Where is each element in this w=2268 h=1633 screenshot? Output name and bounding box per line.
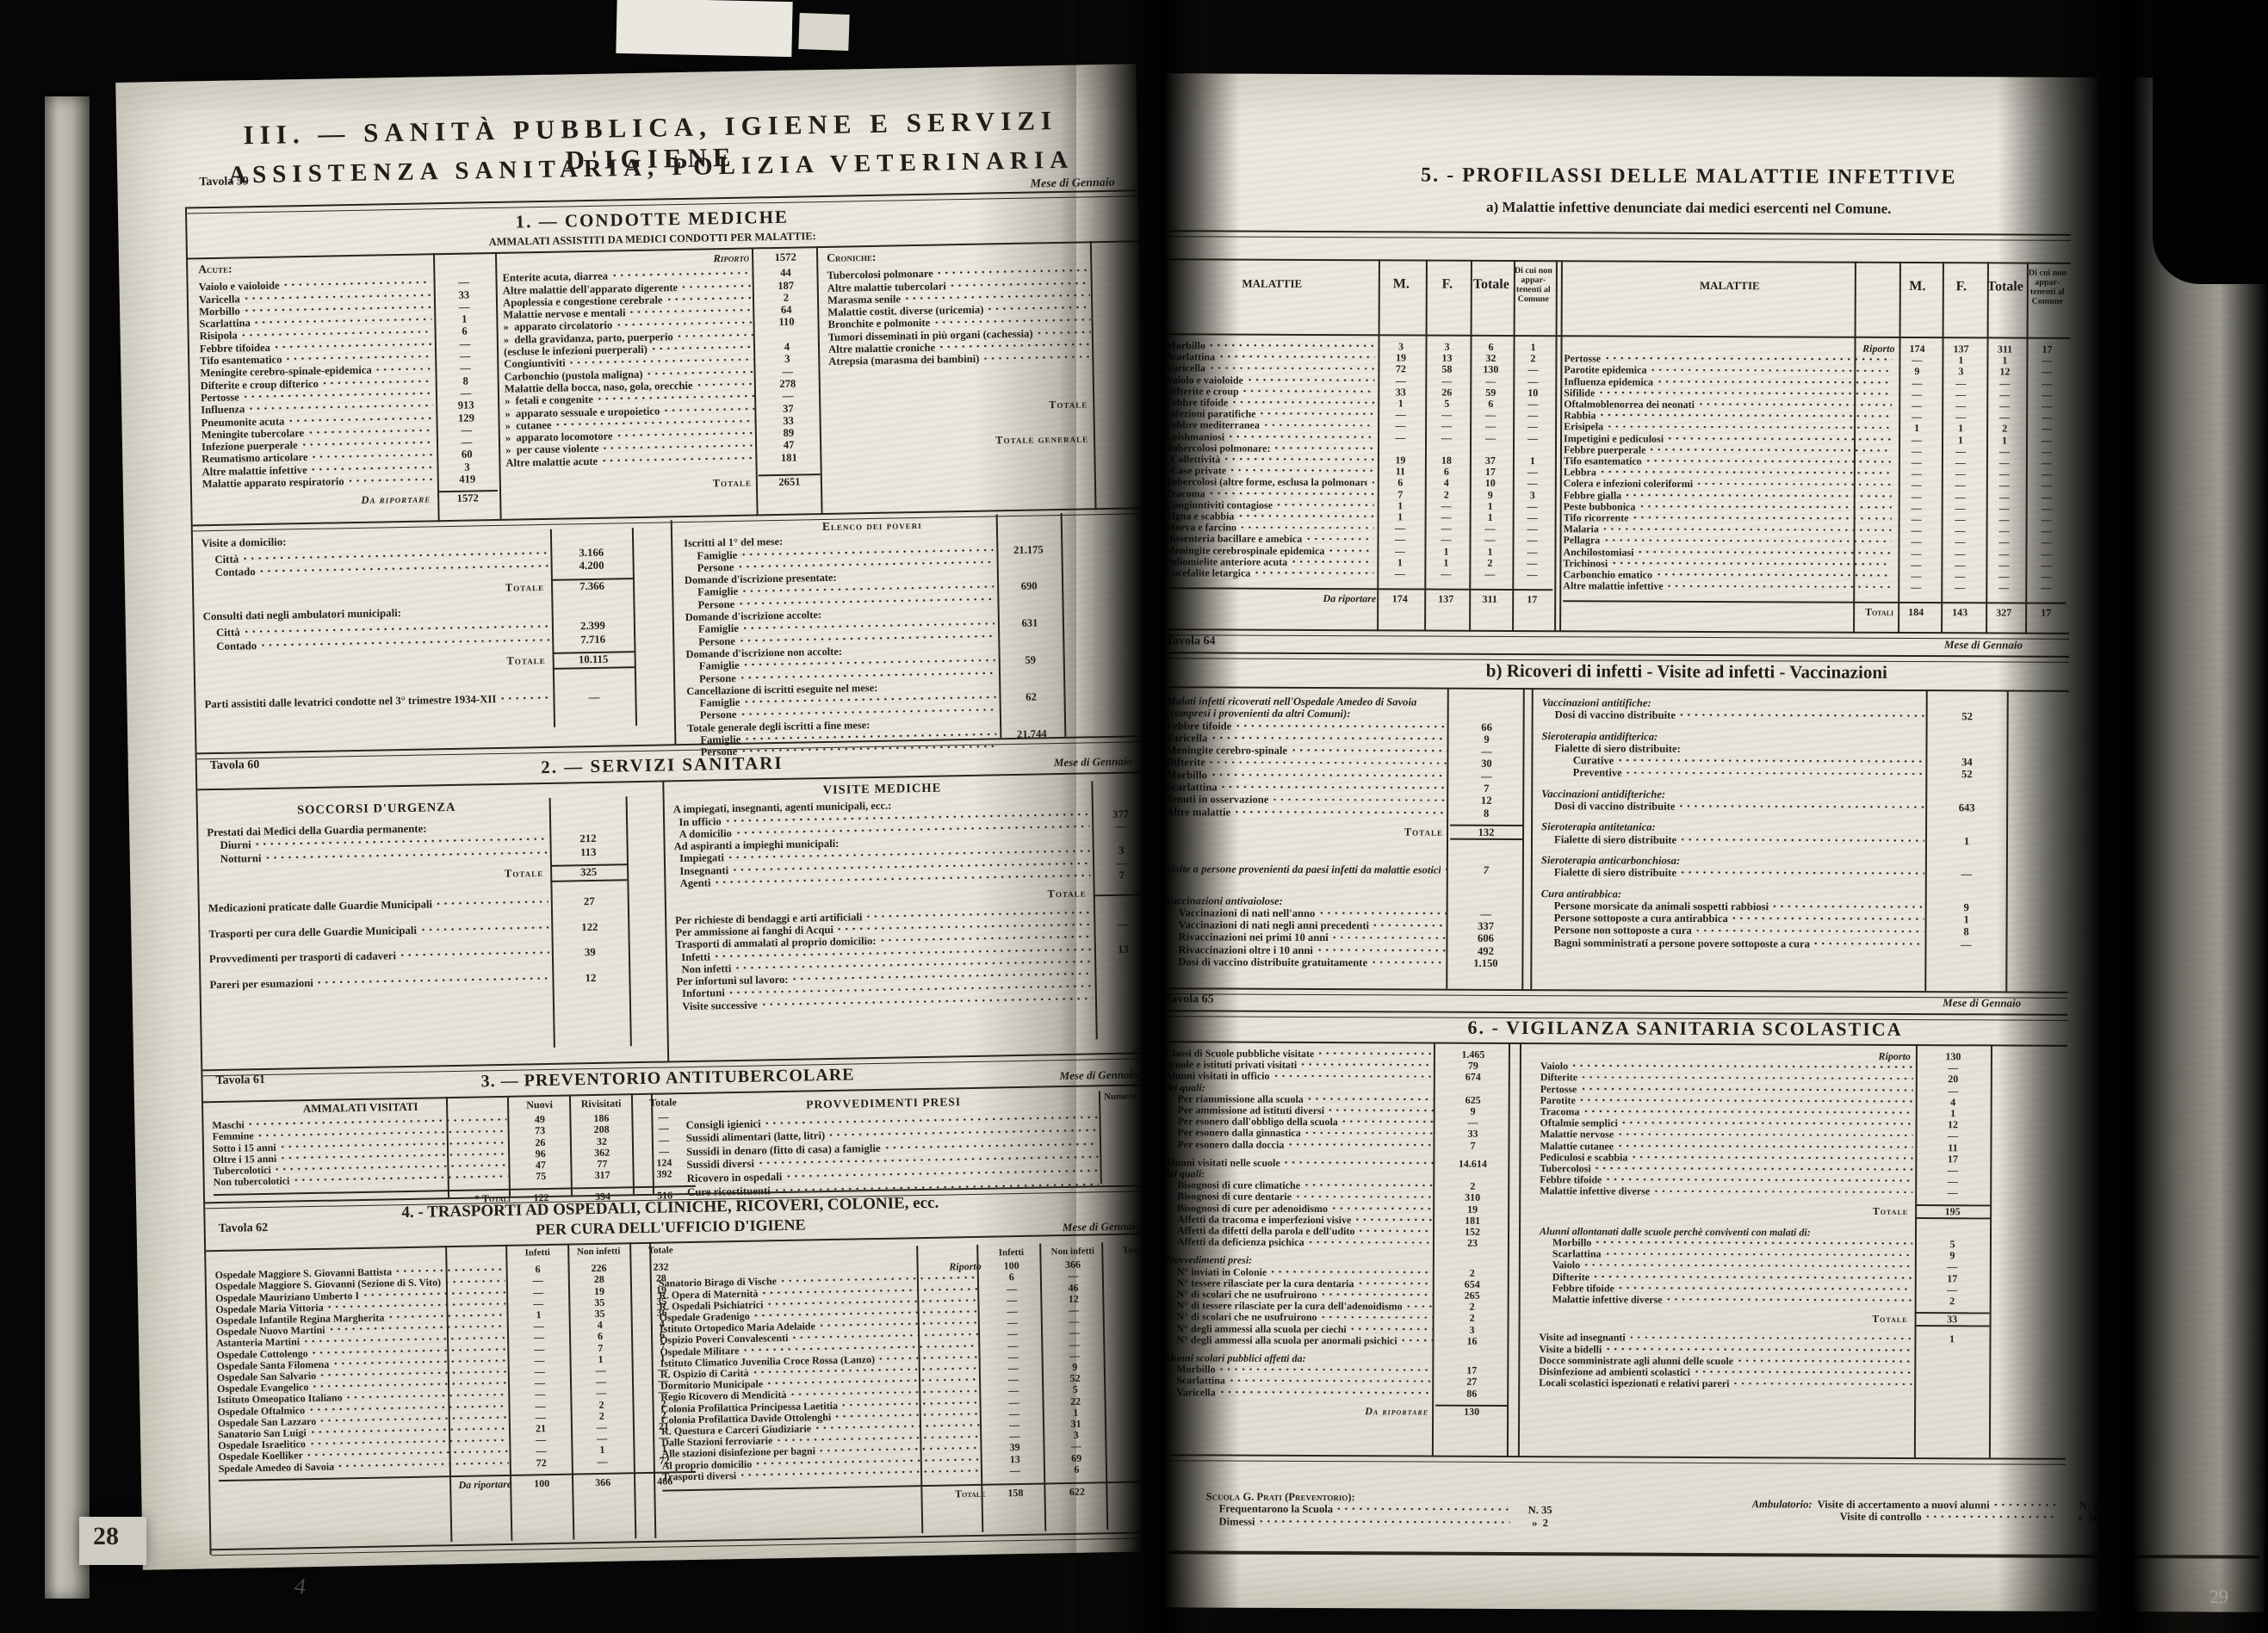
cell-f: 3 xyxy=(1939,367,1982,378)
dot-leader xyxy=(327,1322,505,1333)
dot-leader xyxy=(628,306,753,317)
table-row: Dosi di vaccino distribuite643 xyxy=(1541,800,2006,814)
row-label: Medicazioni praticate dalle Guardie Muni… xyxy=(208,898,432,915)
dot-leader xyxy=(1693,1367,1912,1376)
cell-f: — xyxy=(1939,378,1982,389)
row-value: 337 xyxy=(1450,920,1522,933)
row-label: Malattie nervose xyxy=(1540,1129,1614,1141)
row-label: Altre malattie infettive xyxy=(1563,581,1663,593)
dot-leader xyxy=(316,973,550,986)
row-label: Famiglie xyxy=(685,622,739,635)
dot-leader xyxy=(1571,1061,1913,1071)
table-row: Visite di controllo » 565 xyxy=(1752,1511,2122,1525)
mese-label: Mese di Gennaio xyxy=(1885,638,2023,653)
dot-leader xyxy=(877,1352,981,1363)
dot-leader xyxy=(1271,795,1447,804)
row-label: Congiuntiviti xyxy=(504,357,566,371)
row-label: Varicella xyxy=(1166,732,1207,745)
row-label: In ufficio xyxy=(673,815,722,828)
row-label: Insegnanti xyxy=(674,864,728,877)
row-value: 187 xyxy=(755,279,817,293)
row-label: Varicella xyxy=(1163,1387,1216,1398)
row-value: 7.716 xyxy=(552,633,634,647)
row-label: Visite ad insegnanti xyxy=(1539,1333,1625,1345)
dot-leader xyxy=(1400,1336,1434,1345)
dot-leader xyxy=(1597,388,1892,398)
row-label: Varicella xyxy=(199,293,240,306)
row-value: 674 xyxy=(1437,1072,1509,1084)
cell-dicui: — xyxy=(1511,569,1552,580)
dot-leader xyxy=(1732,1379,1912,1389)
group-header: Alunni allontanati dalle scuole perchè c… xyxy=(1540,1226,1901,1239)
row-label: Provvedimenti per trasporti di cadaveri xyxy=(209,949,396,967)
dot-leader xyxy=(1294,1192,1434,1201)
table-row: Meningite cerebro-spinale — xyxy=(1166,744,1522,758)
dot-leader xyxy=(399,948,549,959)
dot-leader xyxy=(1599,467,1892,477)
dot-leader xyxy=(1616,1129,1912,1139)
dot-leader xyxy=(1223,455,1374,463)
row-value: — xyxy=(435,349,495,363)
row-value xyxy=(1094,915,1151,916)
dot-leader xyxy=(1208,758,1448,767)
dot-leader xyxy=(282,278,431,289)
cell-infetti: — xyxy=(985,1464,1045,1476)
dot-leader xyxy=(1652,1187,1912,1197)
ricoveri-infetti-block: Malati infetti ricoverati nell'Ospedale … xyxy=(1165,695,1522,969)
row-value: 377 xyxy=(1092,807,1149,821)
table-row: Bagni somministrati a persone povere sot… xyxy=(1540,937,2005,951)
dot-leader xyxy=(601,441,755,452)
dot-leader xyxy=(387,1310,505,1321)
cell-totale: — xyxy=(1981,583,2026,594)
dot-leader xyxy=(814,1420,982,1432)
row-label: Tracoma xyxy=(1540,1106,1580,1117)
row-label: Anchilostomiasi xyxy=(1563,547,1633,559)
soccorsi-title: SOCCORSI D'URGENZA xyxy=(207,800,547,820)
row-label: Rivaccinazioni nei primi 10 anni xyxy=(1165,931,1328,944)
mese-label: Mese di Gennaio xyxy=(1059,1067,1137,1083)
row-label: Agenti xyxy=(674,877,710,890)
row-value xyxy=(1094,360,1141,361)
dot-leader xyxy=(319,1367,507,1379)
hand-mark: 4 xyxy=(293,1573,307,1600)
row-label: Febbre tifoide xyxy=(1540,1174,1602,1186)
row-label: Influenza xyxy=(201,404,245,417)
row-label: Sussidi diversi xyxy=(686,1158,754,1172)
scuola-prati-block: Scuola G. Prati (Preventorio): Frequenta… xyxy=(1206,1490,1568,1529)
row-label: Peste bubbonica xyxy=(1564,501,1636,513)
cell-f: — xyxy=(1939,480,1982,492)
dot-leader xyxy=(1370,957,1447,966)
row-value: 690 xyxy=(996,579,1062,593)
condotte-acute-column: Acute: Vaiolo e vaioloide — Varicella 33 xyxy=(198,258,498,510)
row-label: Malattie infettive diverse xyxy=(1540,1294,1663,1306)
row-label: N° di tessere rilasciate per la cura del… xyxy=(1164,1301,1403,1313)
row-label: Non infetti xyxy=(676,962,731,975)
cell-dicui: — xyxy=(2027,492,2067,503)
row-value: 60 xyxy=(437,448,497,461)
section-6-heading: 6. - VIGILANZA SANITARIA SCOLASTICA xyxy=(1272,1016,2098,1042)
row-label: Per esonero dalla ginnastica xyxy=(1164,1128,1300,1140)
row-value: — xyxy=(756,365,818,379)
cell-m: — xyxy=(1894,378,1939,389)
dot-leader xyxy=(1771,901,1924,911)
row-value: 37 xyxy=(757,402,819,416)
dot-leader xyxy=(1655,570,1891,579)
row-label: Scarlattina xyxy=(1540,1248,1602,1260)
dot-leader xyxy=(1583,1260,1912,1270)
col-header-f: F. xyxy=(1425,277,1470,293)
row-value: — xyxy=(1915,1187,1990,1199)
row-value: 1 xyxy=(1914,1334,1989,1346)
microfilm-scan: 28 4 29 III. — SANITÀ PUBBLICA, IGIENE E… xyxy=(0,0,2268,1633)
totale-row: Totale xyxy=(829,397,1142,415)
cell-non-infetti: — xyxy=(572,1456,634,1469)
row-value xyxy=(1093,286,1140,287)
dot-leader xyxy=(332,1356,506,1367)
cell-f: — xyxy=(1424,421,1469,432)
dot-leader xyxy=(790,1330,980,1342)
row-label: Erisipela xyxy=(1564,422,1603,433)
dot-leader xyxy=(1208,341,1375,349)
dot-leader xyxy=(1731,913,1924,923)
row-label: N° inviati in Colonie xyxy=(1164,1266,1267,1278)
row-label: Pertosse xyxy=(1540,1084,1577,1095)
cell-m: 9 xyxy=(1894,366,1939,377)
col-header-dicui: Di cui non appar­tenenti al Comune xyxy=(2028,269,2067,306)
row-value: 16 xyxy=(1435,1335,1508,1347)
dot-leader xyxy=(1306,1094,1435,1103)
row-label: Famiglie xyxy=(686,696,740,709)
dot-leader xyxy=(1253,568,1373,577)
condotte-croniche-column: Croniche: Tubercolosi polmonare Altre ma… xyxy=(827,246,1143,449)
row-label: Bisognosi di cure climatiche xyxy=(1164,1179,1300,1191)
row-label: Sotto i 15 anni xyxy=(213,1141,276,1154)
row-label: Famiglie xyxy=(685,585,738,598)
cell-m: — xyxy=(1376,568,1423,579)
col-header: Infetti xyxy=(981,1247,1041,1259)
cell-f: — xyxy=(1939,492,1982,503)
cell-dicui: — xyxy=(2026,548,2066,560)
row-value: 492 xyxy=(1449,944,1521,957)
row-label: Tifo esantematico xyxy=(1564,455,1642,467)
cell-dicui: — xyxy=(1512,421,1553,432)
row-label: Vaiolo e vaioloide xyxy=(199,280,280,294)
cell-dicui: — xyxy=(2026,537,2066,548)
dot-leader xyxy=(310,450,434,461)
table-row: Alunni visitati nelle scuole14.614 xyxy=(1164,1157,1509,1170)
row-label: Difterite xyxy=(1540,1073,1577,1084)
row-label: Risipola xyxy=(200,330,238,343)
row-label: Disinfezione ad ambienti scolastici xyxy=(1539,1366,1690,1378)
dot-leader xyxy=(347,474,435,485)
dot-leader xyxy=(1208,488,1374,497)
dot-leader xyxy=(1304,1129,1435,1137)
mese-label: Mese di Gennaio xyxy=(1054,755,1132,770)
dot-leader xyxy=(764,1112,1098,1127)
row-label: Altre malattie tubercolari xyxy=(827,280,946,294)
row-value: 7 xyxy=(1450,782,1522,795)
row-label: Vaiolo xyxy=(1540,1061,1568,1072)
dot-leader xyxy=(1242,387,1375,395)
table-row: Altre malattie infettive — — — — xyxy=(1563,581,2066,595)
totale-row: Totale 7.366 xyxy=(202,578,633,601)
dot-leader xyxy=(1604,1249,1912,1259)
row-label: Femmine xyxy=(213,1131,254,1143)
elenco-poveri-block: Elenco dei poveri Iscritti al 1° del mes… xyxy=(684,516,1065,759)
row-label: Difterite e croup xyxy=(1166,386,1238,398)
row-label: Colera e infezioni coleriformi xyxy=(1564,479,1693,491)
row-value: 8 xyxy=(436,374,496,388)
row-label: Vaccinazioni di nati nell'anno xyxy=(1166,906,1316,919)
row-label: Affetti da deficienza psichica xyxy=(1164,1236,1304,1248)
dot-leader xyxy=(1258,409,1374,418)
col-header: Infetti xyxy=(507,1247,567,1259)
cell-m: — xyxy=(1894,479,1939,491)
dot-leader xyxy=(1813,938,1924,948)
dot-leader xyxy=(1218,352,1374,361)
dot-leader xyxy=(1220,782,1448,792)
col-header-f: F. xyxy=(1940,279,1983,294)
row-label: Tubercolotici xyxy=(213,1165,271,1177)
dot-leader xyxy=(1357,1227,1434,1235)
dot-leader xyxy=(1656,377,1892,387)
row-label: Infortuni xyxy=(677,987,725,1000)
row-value: 3 xyxy=(756,352,818,366)
dot-leader xyxy=(878,932,1091,945)
row-value: 113 xyxy=(550,845,627,860)
row-label: Oltre i 15 anni xyxy=(213,1154,276,1166)
row-value: 181 xyxy=(758,451,820,465)
row-label: Persone xyxy=(685,561,734,574)
dot-leader xyxy=(300,437,434,448)
totale-row: Totale 158 622 xyxy=(662,1481,1162,1506)
row-value: 2 xyxy=(1915,1296,1990,1308)
dot-leader xyxy=(243,622,549,636)
dot-leader xyxy=(321,376,433,387)
row-label: Oftalmoblenorrea dei neonati xyxy=(1564,399,1695,411)
row-value: 64 xyxy=(755,303,817,317)
row-label: Pellagra xyxy=(1563,535,1600,547)
cell-f: 1 xyxy=(1423,546,1468,557)
row-label: N° degli ammessi alla scuola per ciechi xyxy=(1164,1323,1347,1335)
da-riportare-row: Da riportare 1572 xyxy=(202,490,498,510)
cell-m: — xyxy=(1377,375,1424,387)
row-value: 212 xyxy=(549,832,626,846)
table-row: Fialette di siero distribuite1 xyxy=(1541,833,2006,848)
row-label: Difterite e croup difterico xyxy=(201,377,319,392)
dot-leader xyxy=(1578,1096,1913,1105)
row-value: — xyxy=(757,389,819,403)
totale-row: Totale 2651 xyxy=(506,473,821,493)
dot-leader xyxy=(1592,1271,1912,1281)
dot-leader xyxy=(1354,1215,1434,1223)
dot-leader xyxy=(243,302,432,314)
cell-m: — xyxy=(1894,492,1939,503)
row-label: Scarlattina xyxy=(199,317,251,330)
cell-m: 7 xyxy=(1377,489,1424,500)
vigilanza-left-block: Classi di Scuole pubbliche visitate 1.46… xyxy=(1163,1048,1509,1418)
row-value: 310 xyxy=(1436,1192,1509,1204)
dot-leader xyxy=(1341,1117,1435,1126)
row-label: Persone xyxy=(685,598,734,611)
table-row: Encefalite letargica — — — — xyxy=(1165,567,1552,580)
dot-leader xyxy=(818,1318,980,1329)
cell-f: 1 xyxy=(1939,435,1982,446)
dot-leader xyxy=(1579,1084,1912,1093)
row-label: Trasporti diversi xyxy=(662,1470,736,1483)
dot-leader xyxy=(1582,1107,1912,1117)
row-label: Malaria xyxy=(1564,524,1599,535)
dot-leader xyxy=(864,907,1091,920)
ambulatorio-block: Ambulatorio: Visite di accertamento a nu… xyxy=(1752,1498,2122,1524)
row-label: Varicella xyxy=(1166,363,1205,374)
dot-leader xyxy=(1230,398,1374,406)
numero-col-header: Numero xyxy=(1104,1090,1137,1104)
row-value: 2 xyxy=(1436,1313,1509,1325)
dot-leader xyxy=(1356,1278,1433,1287)
row-value: 12 xyxy=(1450,795,1522,807)
dot-leader xyxy=(1246,375,1374,384)
table-row: Pareri per esumazioni 12 xyxy=(209,971,629,993)
row-label: Impiegati xyxy=(674,852,724,865)
dot-leader xyxy=(1606,422,1892,431)
dot-leader xyxy=(1666,581,1892,591)
row-value: 47 xyxy=(758,439,820,453)
dot-leader xyxy=(949,278,1090,289)
dot-leader xyxy=(695,379,753,388)
visite-esotiche-row: Visite a persone provenienti da paesi in… xyxy=(1166,863,1522,877)
row-label: Tifo ricorrente xyxy=(1564,512,1629,524)
row-label: Città xyxy=(203,626,240,640)
cell-totale: 1 xyxy=(1468,546,1511,557)
table-row: Affetti da deficienza psichica 23 xyxy=(1164,1236,1509,1249)
row-value: 122 xyxy=(551,920,628,935)
table-5a-right-header: MALATTIE M. F. Totale Di cui non appar­t… xyxy=(1565,266,2067,306)
row-value: 27 xyxy=(551,894,628,909)
row-value: 33 xyxy=(1436,1129,1509,1141)
table-row: Febbre tifoide 66 xyxy=(1167,720,1523,733)
dot-leader xyxy=(241,547,548,562)
totali-row: Totali 184 143 327 17 xyxy=(1563,601,2066,620)
row-label: Poliomielite anteriore acuta xyxy=(1165,556,1287,568)
row-label: Persone xyxy=(686,671,736,684)
cell-m: — xyxy=(1377,432,1424,443)
row-value: 9 xyxy=(1450,733,1522,746)
cell-totale: — xyxy=(1981,537,2026,548)
col-header: Nuovi xyxy=(509,1099,570,1112)
dot-leader xyxy=(362,1288,505,1299)
cell-f: 4 xyxy=(1424,478,1469,489)
malattie-left-table: Morbillo 3 3 6 1 Scarlattina 19 13 32 2 xyxy=(1165,340,1553,605)
table-row: Trasporti per cura delle Guardie Municip… xyxy=(208,920,628,942)
dot-leader xyxy=(680,281,753,291)
dot-leader xyxy=(1269,1267,1434,1276)
cell-nuovi: 75 xyxy=(511,1171,572,1184)
row-label: Tigna e scabbia xyxy=(1166,510,1235,523)
cell-f: 58 xyxy=(1424,364,1469,375)
cell-f: — xyxy=(1938,582,1981,593)
row-value: 13 xyxy=(1094,943,1152,956)
row-label: Vaiolo xyxy=(1540,1260,1580,1271)
row-label: Febbre tifoide xyxy=(1166,397,1228,409)
row-value xyxy=(1094,939,1152,940)
row-value xyxy=(1095,1001,1153,1002)
col-header: Rivisitati xyxy=(570,1098,632,1110)
row-value xyxy=(1094,964,1152,965)
row-value: 6 xyxy=(435,325,495,338)
table-row: Dimessi» 2 xyxy=(1206,1515,1568,1529)
dot-leader xyxy=(615,318,753,329)
dot-leader xyxy=(1372,920,1447,929)
cell-f: — xyxy=(1424,375,1469,387)
row-label: Pertosse xyxy=(201,391,239,404)
cell-dicui: — xyxy=(2027,367,2067,378)
col-header-malattie: MALATTIE xyxy=(1167,276,1378,291)
row-label: Notturni xyxy=(208,852,262,867)
row-label: Pediculosi e scabbia xyxy=(1540,1152,1627,1164)
dot-leader xyxy=(1602,535,1891,545)
tavola-64-label: Tavola 64 xyxy=(1166,634,1216,648)
row-value: — xyxy=(1450,770,1522,782)
row-label: Famiglie xyxy=(684,548,737,561)
cell-m: — xyxy=(1377,421,1424,432)
row-label: Pareri per esumazioni xyxy=(209,977,313,993)
row-label: Contado xyxy=(203,640,257,654)
row-label: Febbre tifoide xyxy=(1540,1283,1614,1295)
dot-leader xyxy=(1208,363,1374,372)
dot-leader xyxy=(435,897,548,908)
row-label: Per riammissione alla scuola xyxy=(1165,1093,1304,1105)
row-value xyxy=(1100,1160,1156,1160)
dot-leader xyxy=(1275,500,1374,509)
dot-leader xyxy=(1638,502,1891,511)
dot-leader xyxy=(1632,513,1892,523)
row-value: — xyxy=(1094,918,1151,931)
section-5-heading: 5. - PROFILASSI DELLE MALATTIE INFETTIVE xyxy=(1275,164,2102,190)
col-header-m: M. xyxy=(1895,279,1940,294)
row-label: A domicilio xyxy=(673,827,732,841)
row-label: Consigli igienici xyxy=(685,1117,760,1132)
row-value: 3 xyxy=(437,461,497,474)
cell-f: — xyxy=(1424,535,1469,546)
dot-leader xyxy=(1645,456,1892,466)
cell-totale: 130 xyxy=(1469,364,1512,375)
table-row: Per esonero dalla doccia 7 xyxy=(1164,1139,1509,1152)
dot-leader xyxy=(1594,1238,1912,1247)
dot-leader xyxy=(645,367,753,377)
row-label: Visite a bidelli xyxy=(1539,1344,1602,1356)
row-label: N° di scolari che ne usufruirono xyxy=(1164,1289,1317,1301)
cell-dicui: — xyxy=(1512,535,1553,546)
table-row: N° degli ammessi alla scuola per anormal… xyxy=(1163,1334,1508,1347)
row-value xyxy=(1101,1173,1156,1174)
dot-leader xyxy=(938,339,1091,350)
row-value xyxy=(1100,1120,1156,1121)
cell-totale: — xyxy=(1982,492,2027,503)
row-label: Tenuti in osservazione xyxy=(1166,794,1268,807)
cell-dicui: — xyxy=(1512,478,1553,489)
row-label: Febbre mediterranea xyxy=(1166,420,1260,432)
dot-leader xyxy=(1290,745,1448,755)
dot-leader xyxy=(284,351,432,362)
dot-leader xyxy=(253,314,432,326)
col-header: Non infetti xyxy=(1041,1246,1104,1259)
da-riportare-row: Da riportare 100 366 466 xyxy=(219,1471,696,1495)
cell-totale: — xyxy=(1469,375,1512,387)
dot-leader xyxy=(443,1277,505,1286)
